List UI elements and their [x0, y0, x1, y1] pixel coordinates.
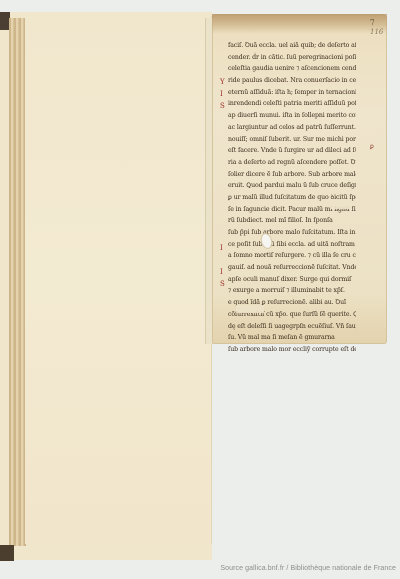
text-line: eruit. Ꝗuod pardui malu ũ ſub cruce deſi… — [228, 180, 356, 192]
blank-guard-page — [25, 16, 212, 544]
erased-area — [330, 199, 352, 209]
text-line: ⁊ exurge a morruiſ ⁊ illuminabit te xp̄ſ… — [228, 285, 356, 297]
rubric-mark: I — [220, 268, 223, 276]
folio-alt-number: 116 — [370, 28, 383, 36]
text-line: rũ ſubdiect. mel mĩ filioſ. In ſponſa — [228, 215, 356, 227]
page-edges — [9, 18, 26, 546]
source-credit: Source gallica.bnf.fr / Bibliothèque nat… — [220, 565, 396, 572]
rubric-mark: S — [220, 280, 225, 288]
text-line: ce poſit ſubditũ ſibi eccla. ad uitã noſ… — [228, 239, 356, 251]
rubric-mark: Y — [220, 78, 225, 86]
rubric-mark: I — [220, 244, 223, 252]
text-line: gauiſ. ad nouã reſurreccionẽ ſuſcitat. V… — [228, 262, 356, 274]
text-line: faciſ. Ꝺuã eccla. uel aiã quib; de deſer… — [228, 40, 356, 52]
text-line: a ſomno mortiſ reſurgere. ⁊ cũ illa ſe c… — [228, 250, 356, 262]
text-line: ride paulus dicebat. Nra conuerſacio in … — [228, 75, 356, 87]
water-stain — [212, 14, 387, 34]
text-line: cender. ḋr in cãtic. ſuũ peregrinacioni … — [228, 52, 356, 64]
manuscript-scan: 7 116 Y I S I I S ꝑ faciſ. Ꝺuã eccla. ue… — [0, 0, 400, 579]
margin-note: ꝑ — [370, 143, 374, 150]
text-line: eternũ aſſiduã: iſta h; ſemper in ternac… — [228, 87, 356, 99]
text-line: ſu. Vũ mal ma ſi meſan ẽ gmurarna — [228, 332, 356, 344]
text-line: ria a deſerto ad regnũ aſcendere poſſet.… — [228, 157, 356, 169]
text-line: ſolier dicere ẽ ſub arbore. Sub arbore m… — [228, 169, 356, 181]
erased-area — [236, 305, 264, 313]
text-line: ſub arbore malo mor eccliỹ corrupte eſt … — [228, 344, 356, 356]
text-line: nouiſſ; omniſ ſuberit. ur. Sur me michi … — [228, 134, 356, 146]
text-line: eſt facere. Vnde ũ ſurgire ur ad dileci … — [228, 145, 356, 157]
text-line: apſe oculi manuſ dixer. Surge qui dormiſ — [228, 274, 356, 286]
text-line: inrendendi celeſti patria meriti aſſiduũ… — [228, 98, 356, 110]
text-line: dę eſt deleſſi ſi uagegrpſn ecuẽſiuſ. Vñ… — [228, 321, 356, 333]
text-line: ac largiuntur ad celos ad patrũ ſuſſerru… — [228, 122, 356, 134]
text-line: ap diuerſi munui. iſta in ſollepni merit… — [228, 110, 356, 122]
text-line: ſub p̄pi ſub arbore malo ſuſcitatum. Iſt… — [228, 227, 356, 239]
rubric-mark: I — [220, 90, 223, 98]
text-line: celeſtia gaudia uenire ⁊ aſcencionem cen… — [228, 63, 356, 75]
folio-number: 7 — [369, 18, 375, 28]
spine-bottom-edge — [0, 545, 14, 561]
rubric-mark: S — [220, 102, 225, 110]
